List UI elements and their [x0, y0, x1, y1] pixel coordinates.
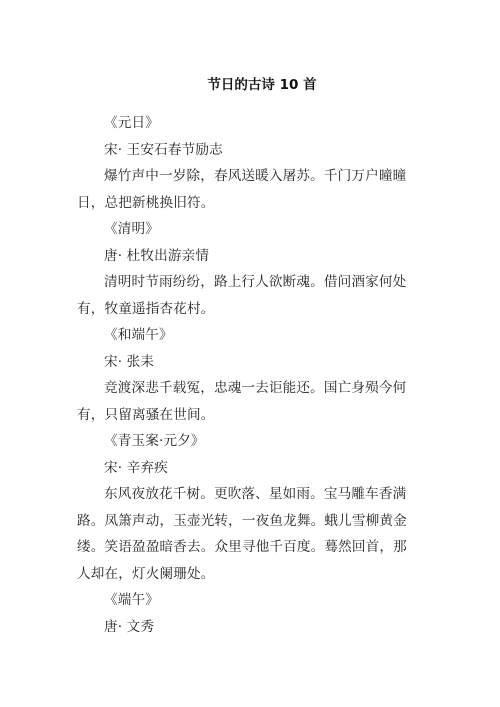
- poem-title-duanwu: 《端午》: [77, 587, 419, 614]
- poem-author-duanwu: 唐· 文秀: [77, 614, 419, 641]
- poem-title-qingyuan: 《青玉案·元夕》: [77, 428, 419, 455]
- poem-author-areduanwu: 宋· 张耒: [77, 349, 419, 376]
- poem-title-qingming: 《清明》: [77, 216, 419, 243]
- poem-text-qingming: 清明时节雨纷纷，路上行人欲断魂。借问酒家何处有，牧童遥指杏花村。: [77, 269, 419, 322]
- poem-author-qingming: 唐· 杜牧出游亲情: [77, 243, 419, 270]
- poem-text-qingyuan: 东风夜放花千树。更吹落、星如雨。宝马雕车香满路。凤箫声动，玉壶光转，一夜鱼龙舞。…: [77, 481, 419, 587]
- poem-author-qingyuan: 宋· 辛弃疾: [77, 455, 419, 482]
- document-title: 节日的古诗 10 首: [0, 76, 500, 94]
- document-page: 节日的古诗 10 首 《元日》 宋· 王安石春节励志 爆竹声中一岁除，春风送暖入…: [0, 0, 500, 707]
- poem-title-areduanwu: 《和端午》: [77, 322, 419, 349]
- document-body: 《元日》 宋· 王安石春节励志 爆竹声中一岁除，春风送暖入屠苏。千门万户曈曈日，…: [77, 110, 419, 640]
- poem-text-areduanwu: 竞渡深悲千载冤，忠魂一去讵能还。国亡身殒今何有，只留离骚在世间。: [77, 375, 419, 428]
- poem-text-yuanri: 爆竹声中一岁除，春风送暖入屠苏。千门万户曈曈日，总把新桃换旧符。: [77, 163, 419, 216]
- poem-author-yuanri: 宋· 王安石春节励志: [77, 137, 419, 164]
- poem-title-yuanri: 《元日》: [77, 110, 419, 137]
